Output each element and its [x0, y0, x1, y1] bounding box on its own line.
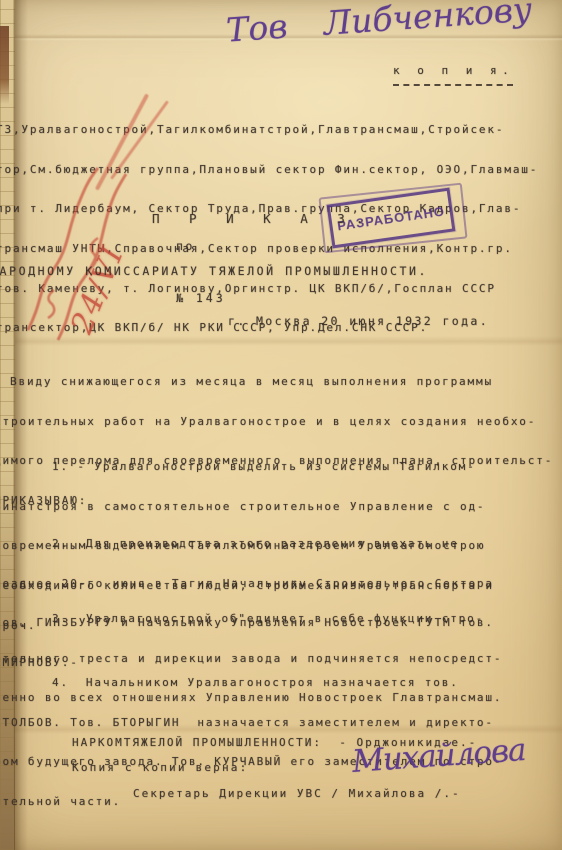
copy-label-underline	[393, 84, 513, 86]
item-line: 2. Для производства этого разделения вые…	[0, 537, 494, 551]
item-line: 3. Уралвагонострой об"единяет в себе фун…	[0, 612, 502, 626]
document-page: Тов Либченкову к о п и я. ГЗ,Уралвагонос…	[0, 0, 562, 850]
item-line: СТОЛБОВ. Тов. БТОРЫГИН назначается замес…	[0, 716, 502, 730]
order-title: П Р И К А З.	[152, 211, 374, 226]
order-number: № 143	[176, 291, 226, 305]
preamble-line: строительных работ на Уралвагонострое и …	[0, 415, 553, 429]
dateline: г. Москва 20 июня 1932 года.	[228, 314, 489, 328]
item-line: 4. Начальником Уралвагоностроя назначает…	[0, 676, 502, 690]
copy-certification: Копия с копии верна:	[72, 761, 248, 774]
item-line: 1. - Уралвагонострой выделить из системы…	[0, 460, 494, 474]
distribution-line: ГЗ,Уралвагонострой,Тагилкомбинатстрой,Гл…	[0, 123, 538, 137]
handwritten-addressee-note: Тов Либченкову	[225, 0, 533, 50]
order-subtitle-po: по	[176, 239, 195, 253]
page-edge-tear	[0, 26, 9, 104]
secretary-line: Секретарь Дирекции УВС / Михайлова /.-	[133, 787, 461, 800]
copy-label: к о п и я.	[393, 64, 514, 77]
order-subtitle-organization: НАРОДНОМУ КОМИССАРИАТУ ТЯЖЕЛОЙ ПРОМЫШЛЕН…	[0, 264, 428, 278]
preamble-line: Ввиду снижающегося из месяца в месяц вып…	[0, 375, 553, 389]
